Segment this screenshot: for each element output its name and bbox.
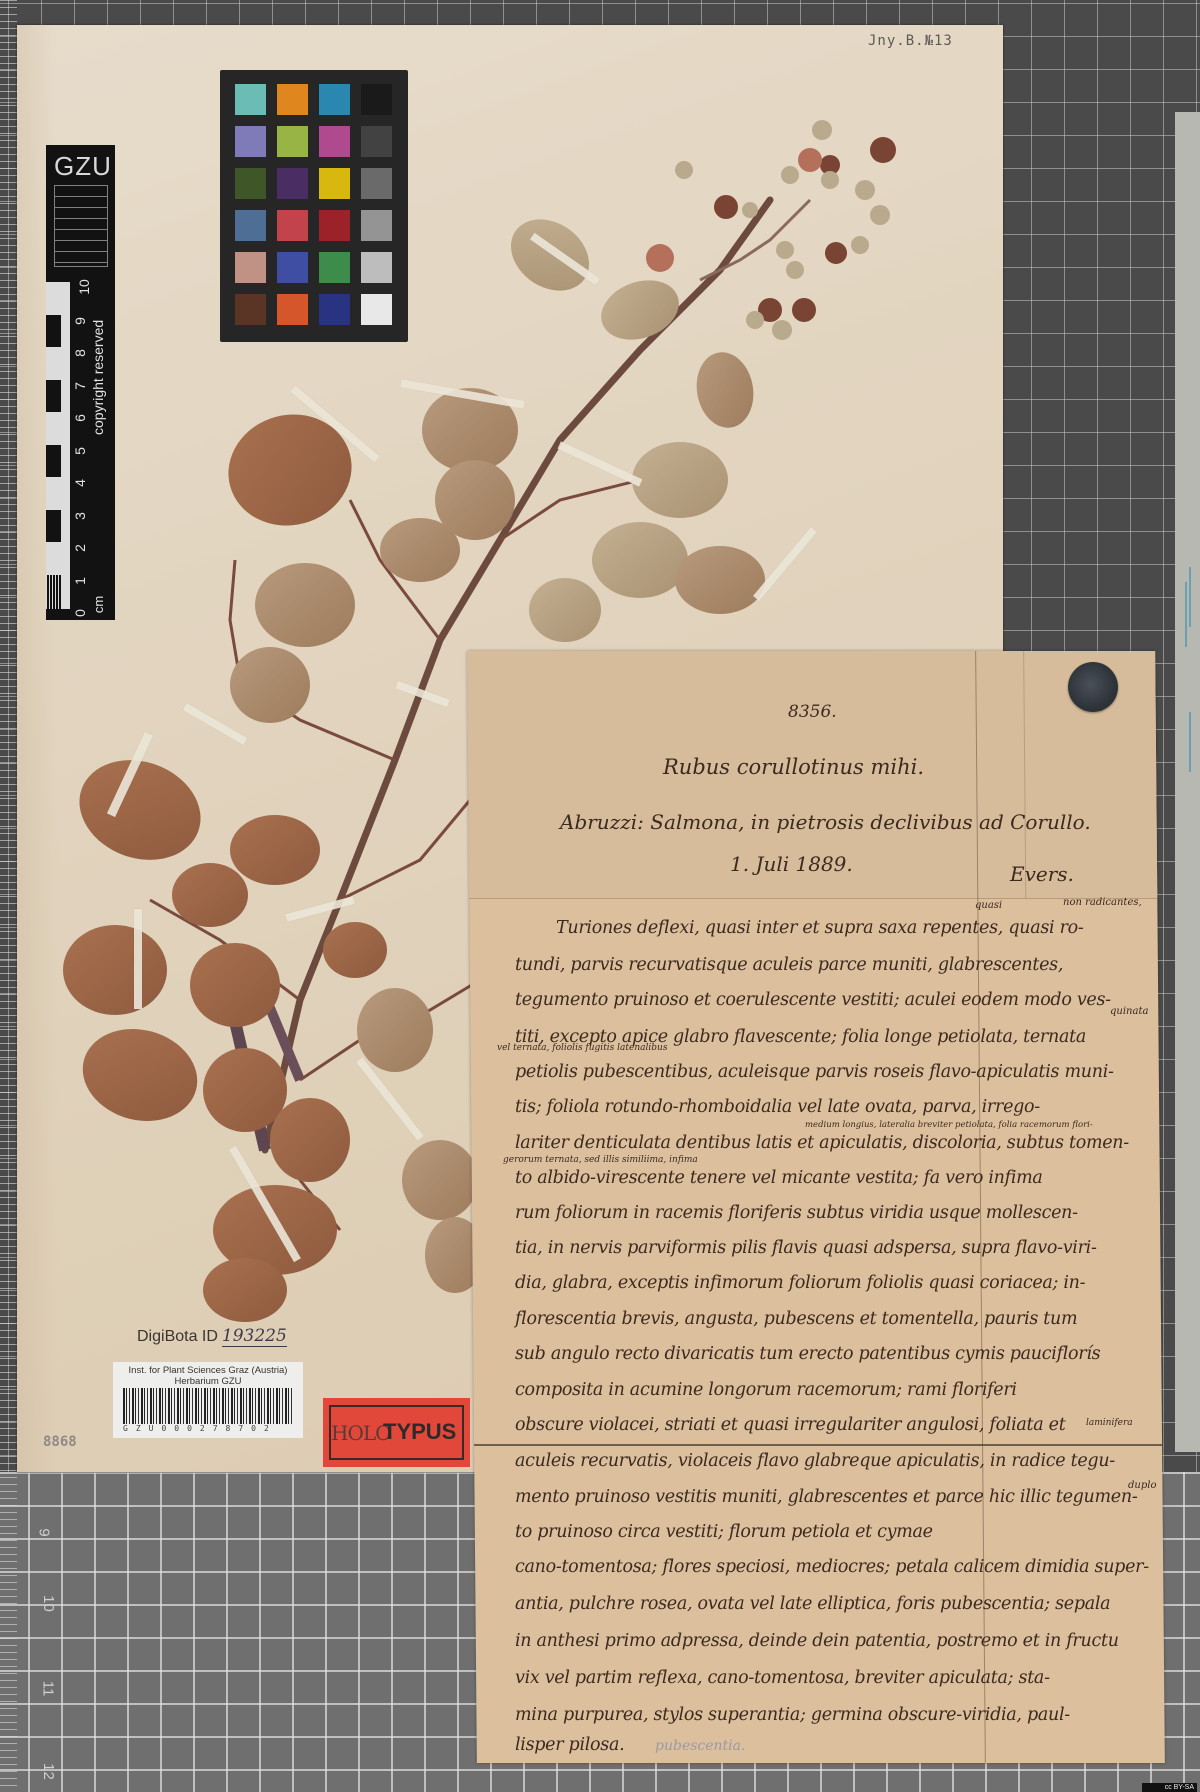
description-line: composita in acumine longorum racemorum;…	[515, 1380, 1017, 1400]
description-line: mina purpurea, stylos superantia; germin…	[515, 1705, 1070, 1725]
pencil-annotation: pubescentia.	[655, 1738, 745, 1754]
description-line: dia, glabra, exceptis infimorum foliorum…	[515, 1273, 1085, 1293]
herbarium-name: Herbarium GZU	[113, 1376, 303, 1387]
annotation: laminifera	[1086, 1418, 1133, 1428]
digibota-prefix: DigiBota ID	[137, 1328, 218, 1345]
taxon-name: Rubus corullotinus mihi.	[663, 755, 924, 779]
description-line: petiolis pubescentibus, aculeisque parvi…	[515, 1062, 1114, 1082]
annotation: quasi	[975, 900, 1002, 911]
locality: Abruzzi: Salmona, in pietrosis declivibu…	[560, 810, 1091, 834]
description-line: cano-tomentosa; flores speciosi, mediocr…	[515, 1557, 1149, 1577]
description-line: florescentia brevis, angusta, pubescens …	[515, 1309, 1077, 1329]
description-line: sub angulo recto divaricatis tum erecto …	[515, 1344, 1100, 1364]
description-line: tegumento pruinoso et coerulescente vest…	[515, 990, 1111, 1010]
annotation: gerorum ternata, sed illis similiima, in…	[503, 1155, 698, 1165]
institution-name: Inst. for Plant Sciences Graz (Austria)	[113, 1365, 303, 1376]
description-line: lisper pilosa.	[515, 1735, 624, 1755]
type-status-label: HOLO TYPUS	[323, 1398, 470, 1467]
description-line: to albido-virescente tenere vel micante …	[515, 1168, 1043, 1188]
mounting-tape	[134, 909, 142, 1009]
old-number-stamp: 8868	[43, 1434, 77, 1450]
annotation: quinata	[1110, 1006, 1148, 1017]
description-line: to pruinoso circa vestiti; florum petiol…	[515, 1522, 933, 1542]
description-line: tundi, parvis recurvatisque aculeis parc…	[515, 955, 1063, 975]
collector: Evers.	[1010, 862, 1074, 886]
barcode-number: GZU000278702	[123, 1424, 293, 1433]
description-line: rum foliorum in racemis floriferis subtu…	[515, 1203, 1078, 1223]
collection-date: 1. Juli 1889.	[730, 852, 853, 876]
annotation: non radicantes,	[1063, 897, 1142, 908]
barcode	[123, 1388, 293, 1424]
description-line: tia, in nervis parviformis pilis flavis …	[515, 1238, 1097, 1258]
description-line: antia, pulchre rosea, ovata vel late ell…	[515, 1594, 1110, 1614]
description-line: lariter denticulata dentibus latis et ap…	[515, 1133, 1129, 1153]
letter-number: 8356.	[788, 702, 837, 722]
annotation: medium longius, lateralia breviter petio…	[805, 1120, 1093, 1130]
wax-seal	[1068, 662, 1118, 712]
digibota-number: 193225	[222, 1326, 287, 1347]
type-status-printed: TYPUS	[383, 1419, 456, 1445]
description-line: Turiones deflexi, quasi inter et supra s…	[556, 918, 1083, 938]
description-line: in anthesi primo adpressa, deinde dein p…	[515, 1631, 1119, 1651]
description-line: vix vel partim reflexa, cano-tomentosa, …	[515, 1668, 1050, 1688]
type-status-handwritten: HOLO	[331, 1421, 391, 1445]
barcode-label: Inst. for Plant Sciences Graz (Austria) …	[113, 1362, 303, 1438]
digibota-id: DigiBota ID193225	[137, 1326, 287, 1346]
description-line: obscure violacei, striati et quasi irreg…	[515, 1415, 1065, 1435]
description-line: tis; foliola rotundo-rhomboidalia vel la…	[515, 1097, 1040, 1117]
description-line: aculeis recurvatis, violaceis flavo glab…	[515, 1451, 1115, 1471]
description-line: mento pruinoso vestitis muniti, glabresc…	[515, 1487, 1137, 1507]
license-badge: cc BY-SA	[1142, 1783, 1197, 1792]
description-line: titi, excepto apice glabro flavescente; …	[515, 1027, 1086, 1047]
